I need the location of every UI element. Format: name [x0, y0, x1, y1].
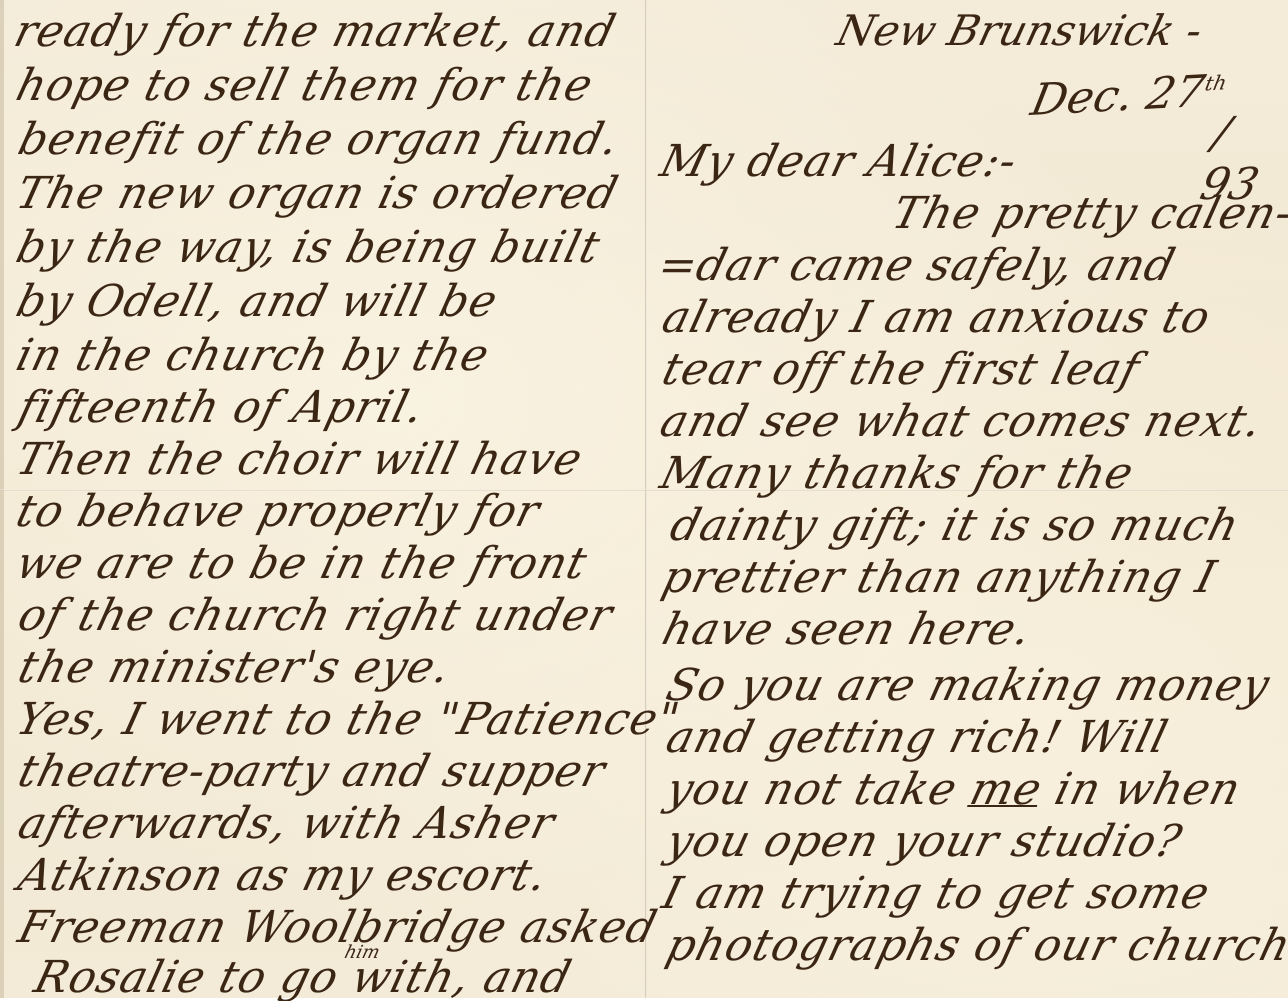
letter-line: photographs of our church: [662, 924, 1288, 968]
letter-scan: ready for the market, and hope to sell t…: [0, 0, 1288, 1001]
letter-line: to behave properly for: [12, 490, 544, 534]
letter-line: Many thanks for the: [656, 452, 1138, 496]
letter-line: hope to sell them for the: [12, 64, 598, 108]
letter-text: you not take: [661, 764, 963, 815]
letter-line: the minister's eye.: [14, 646, 455, 690]
letter-line: by Odell, and will be: [12, 280, 502, 324]
letter-line: =dar came safely, and: [654, 244, 1180, 288]
letter-line: tear off the first leaf: [658, 348, 1144, 392]
letter-line: we are to be in the front: [12, 542, 592, 586]
letter-line: already I am anxious to: [658, 296, 1215, 340]
left-page: ready for the market, and hope to sell t…: [0, 0, 645, 1001]
letter-date-suffix: th: [1203, 70, 1229, 95]
right-page: New Brunswick - Dec. 27th / 93 My dear A…: [648, 0, 1288, 1001]
letter-date-day: Dec. 27: [1027, 66, 1209, 126]
letter-line: benefit of the organ fund.: [14, 118, 624, 162]
letter-line: afterwards, with Asher: [14, 802, 559, 846]
letter-line: Freeman Woolbridge asked: [14, 906, 662, 950]
letter-line: ready for the market, and: [10, 10, 620, 54]
letter-text: in when: [1050, 764, 1246, 815]
letter-line: I am trying to get some: [658, 872, 1214, 916]
letter-line: The new organ is ordered: [12, 172, 623, 216]
letter-line: in the church by the: [12, 334, 494, 378]
letter-line: Rosalie to go with, and: [30, 956, 576, 1000]
vertical-fold-crease: [645, 0, 647, 1001]
letter-line: dainty gift; it is so much: [666, 504, 1244, 548]
letter-line: Then the choir will have: [12, 438, 587, 482]
letter-line: fifteenth of April.: [14, 386, 429, 430]
letter-line: of the church right under: [14, 594, 617, 638]
letter-line: The pretty calen-: [888, 192, 1288, 236]
letter-place: New Brunswick -: [832, 6, 1208, 55]
letter-line: and getting rich! Will: [662, 716, 1172, 760]
letter-line: by the way, is being built: [12, 226, 605, 270]
letter-line: you open your studio?: [662, 820, 1186, 864]
letter-line: have seen here.: [658, 608, 1036, 652]
letter-line: and see what comes next.: [656, 400, 1267, 444]
letter-line: theatre-party and supper: [14, 750, 610, 794]
letter-date: Dec. 27th: [1027, 65, 1230, 126]
letter-line: prettier than anything I: [658, 556, 1221, 600]
letter-line: Atkinson as my escort.: [14, 854, 552, 898]
interlinear-insert: him: [342, 942, 382, 963]
letter-line: So you are making money: [662, 664, 1274, 708]
letter-line: you not take me in when: [662, 768, 1245, 812]
underlined-word: me: [965, 764, 1047, 815]
letter-line: Yes, I went to the "Patience": [12, 698, 684, 742]
salutation: My dear Alice:-: [656, 140, 1022, 184]
